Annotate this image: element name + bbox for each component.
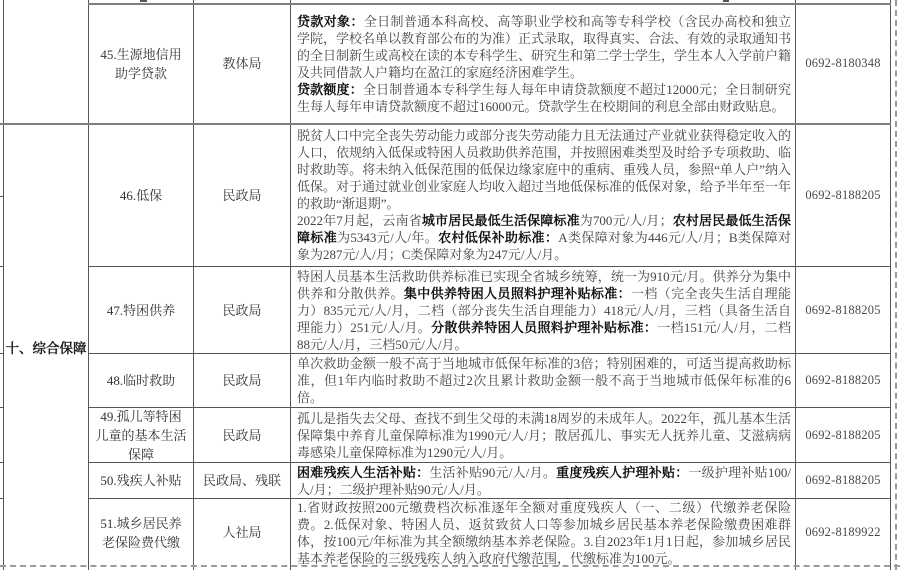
desc-bold-segment: 城市居民最低生活保障标准 (422, 213, 580, 228)
desc-text-segment: 2022年7月起，云南省 (297, 213, 422, 228)
item-cell-51[interactable]: 51.城乡居民养老保险费代缴 (89, 499, 193, 566)
grid-line-v (795, 0, 796, 570)
page-break-dashed-v (895, 0, 897, 570)
desc-text-segment: 全日制普通本科高校、高等职业学校和高等专科学校（含民办高校和独立学院，学校名单以… (297, 14, 791, 80)
phone-number: 0692-8189922 (805, 523, 880, 542)
grid-line-v (193, 0, 194, 570)
desc-text-segment: 全日制普通本专科学生每人每年申请贷款额度不超过12000元；全日制研究生每人每年… (297, 82, 791, 114)
desc-paragraph: 1.省财政按照200元缴费档次标准逐年全额对重度残疾人（一、二级）代缴养老保险费… (297, 499, 791, 566)
dept-label: 民政局 (222, 301, 261, 320)
grid-line-h (0, 353, 3, 354)
phone-cell-46[interactable]: 0692-8188205 (796, 124, 890, 266)
desc-bold-segment: 农村低保补助标准： (438, 230, 558, 245)
desc-text-segment: 生活补贴90元/人/月。 (429, 465, 556, 480)
dept-label: 民政局 (222, 186, 261, 205)
desc-bold-segment: 贷款对象： (297, 14, 364, 29)
item-cell-47[interactable]: 47.特困供养 (89, 267, 193, 353)
desc-paragraph: 单次救助金额一般不高于当地城市低保年标准的3倍；特别困难的，可适当提高救助标准，… (297, 355, 791, 406)
desc-paragraph: 困难残疾人生活补贴：生活补贴90元/人/月。重度残疾人护理补贴：一级护理补贴10… (297, 464, 791, 498)
grid-line-h (88, 3, 891, 5)
desc-paragraph: 特困人员基本生活救助供养标准已实现全省城乡统筹，统一为910元/月。供养分为集中… (297, 268, 791, 353)
grid-line-h (88, 407, 891, 408)
spreadsheet-print-view: 十、综合保障 45.生源地信用助学贷款教体局贷款对象：全日制普通本科高校、高等职… (0, 0, 900, 570)
phone-number: 0692-8188205 (805, 426, 880, 445)
phone-cell-51[interactable]: 0692-8189922 (796, 499, 890, 566)
item-label: 48.临时救助 (107, 371, 175, 390)
grid-line-h (0, 266, 3, 267)
grid-line-h (0, 462, 3, 463)
desc-bold-segment: 贷款额度： (297, 82, 363, 97)
phone-number: 0692-8188205 (805, 471, 880, 490)
phone-cell-50[interactable]: 0692-8188205 (796, 463, 890, 498)
desc-text-segment: 1.省财政按照200元缴费档次标准逐年全额对重度残疾人（一、二级）代缴养老保险费… (297, 500, 791, 566)
desc-paragraph: 2022年7月起，云南省城市居民最低生活保障标准为700元/人/月；农村居民最低… (297, 212, 791, 263)
grid-line-h (88, 266, 891, 267)
grid-line-h (88, 462, 891, 463)
item-label: 51.城乡居民养老保险费代缴 (95, 514, 187, 552)
desc-bold-segment: 集中供养特困人员照料护理补贴标准： (404, 286, 631, 301)
item-cell-46[interactable]: 46.低保 (89, 124, 193, 266)
dept-cell-49[interactable]: 民政局 (194, 408, 290, 462)
desc-bold-segment: 重度残疾人护理补贴： (556, 465, 688, 480)
item-label: 47.特困供养 (107, 301, 175, 320)
desc-cell-49[interactable]: 孤儿是指失去父母、查找不到生父母的未满18周岁的未成年人。2022年，孤儿基本生… (291, 408, 795, 462)
item-label: 50.残疾人补贴 (100, 471, 181, 490)
desc-bold-segment: 分散供养特困人员照料护理补贴标准： (431, 320, 657, 335)
desc-cell-46[interactable]: 脱贫人口中完全丧失劳动能力或部分丧失劳动能力且无法通过产业就业获得稳定收入的人口… (291, 124, 795, 266)
item-label: 49.孤儿等特困儿童的基本生活保障 (95, 408, 187, 462)
desc-cell-50[interactable]: 困难残疾人生活补贴：生活补贴90元/人/月。重度残疾人护理补贴：一级护理补贴10… (291, 463, 795, 498)
phone-cell-47[interactable]: 0692-8188205 (796, 267, 890, 353)
grid-line-v (890, 0, 891, 570)
dept-label: 民政局、残联 (203, 471, 281, 490)
phone-cell-49[interactable]: 0692-8188205 (796, 408, 890, 462)
desc-text-segment: 孤儿是指失去父母、查找不到生父母的未满18周岁的未成年人。2022年，孤儿基本生… (297, 411, 791, 460)
phone-number: 0692-8188205 (805, 186, 880, 205)
desc-cell-47[interactable]: 特困人员基本生活救助供养标准已实现全省城乡统筹，统一为910元/月。供养分为集中… (291, 267, 795, 353)
desc-text-segment: 为5343元/人/年。 (337, 230, 438, 245)
desc-bold-segment: 困难残疾人生活补贴： (297, 465, 429, 480)
desc-paragraph: 贷款对象：全日制普通本科高校、高等职业学校和高等专科学校（含民办高校和独立学院，… (297, 13, 791, 81)
grid-line-h (0, 407, 3, 408)
desc-paragraph: 孤儿是指失去父母、查找不到生父母的未满18周岁的未成年人。2022年，孤儿基本生… (297, 410, 791, 461)
phone-cell-45[interactable]: 0692-8180348 (796, 4, 890, 123)
item-cell-45[interactable]: 45.生源地信用助学贷款 (89, 4, 193, 123)
dept-cell-46[interactable]: 民政局 (194, 124, 290, 266)
desc-paragraph: 贷款额度：全日制普通本专科学生每人每年申请贷款额度不超过12000元；全日制研究… (297, 81, 791, 115)
desc-paragraph: 脱贫人口中完全丧失劳动能力或部分丧失劳动能力且无法通过产业就业获得稳定收入的人口… (297, 127, 791, 212)
grid-line-h (0, 196, 3, 197)
item-cell-50[interactable]: 50.残疾人补贴 (89, 463, 193, 498)
category-cell[interactable]: 十、综合保障 (4, 123, 88, 570)
grid-line-h (88, 353, 891, 354)
cut-text-artifact (140, 0, 147, 2)
dept-cell-47[interactable]: 民政局 (194, 267, 290, 353)
desc-cell-45[interactable]: 贷款对象：全日制普通本科高校、高等职业学校和高等专科学校（含民办高校和独立学院，… (291, 4, 795, 123)
dept-label: 民政局 (222, 426, 261, 445)
desc-text-segment: 为700元/人/月； (580, 213, 673, 228)
dept-cell-50[interactable]: 民政局、残联 (194, 463, 290, 498)
item-cell-49[interactable]: 49.孤儿等特困儿童的基本生活保障 (89, 408, 193, 462)
phone-number: 0692-8180348 (805, 54, 880, 73)
desc-text-segment: 单次救助金额一般不高于当地城市低保年标准的3倍；特别困难的，可适当提高救助标准，… (297, 356, 791, 405)
phone-number: 0692-8188205 (805, 371, 880, 390)
grid-line-h (0, 123, 891, 125)
item-label: 45.生源地信用助学贷款 (95, 45, 187, 83)
grid-line-h (0, 498, 3, 499)
desc-cell-51[interactable]: 1.省财政按照200元缴费档次标准逐年全额对重度残疾人（一、二级）代缴养老保险费… (291, 499, 795, 566)
phone-cell-48[interactable]: 0692-8188205 (796, 354, 890, 407)
dept-label: 民政局 (222, 371, 261, 390)
dept-cell-48[interactable]: 民政局 (194, 354, 290, 407)
page-break-dashed-h (0, 565, 900, 567)
grid-line-v (3, 0, 4, 570)
desc-text-segment: 脱贫人口中完全丧失劳动能力或部分丧失劳动能力且无法通过产业就业获得稳定收入的人口… (297, 128, 791, 211)
dept-label: 教体局 (222, 54, 261, 73)
desc-cell-48[interactable]: 单次救助金额一般不高于当地城市低保年标准的3倍；特别困难的，可适当提高救助标准，… (291, 354, 795, 407)
cut-text-artifact (723, 0, 729, 2)
item-cell-48[interactable]: 48.临时救助 (89, 354, 193, 407)
grid-line-v (88, 0, 89, 570)
phone-number: 0692-8188205 (805, 301, 880, 320)
category-cell-previous[interactable] (4, 0, 88, 123)
dept-cell-45[interactable]: 教体局 (194, 4, 290, 123)
dept-label: 人社局 (222, 523, 261, 542)
grid-line-v (290, 0, 291, 570)
grid-line-h (88, 498, 891, 499)
item-label: 46.低保 (120, 186, 162, 205)
dept-cell-51[interactable]: 人社局 (194, 499, 290, 566)
